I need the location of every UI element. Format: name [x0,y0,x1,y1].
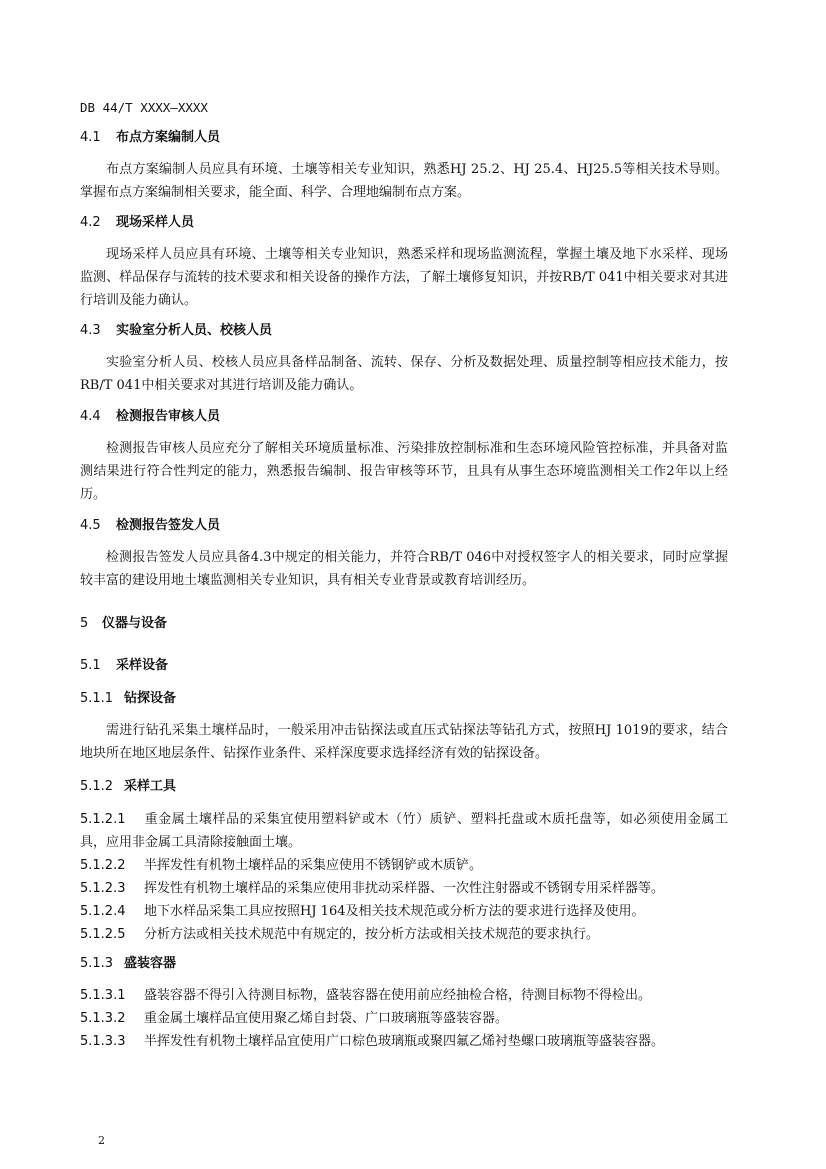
item-number: 5.1.3.3 [80,1030,144,1053]
paragraph-4-1: 布点方案编制人员应具有环境、土壤等相关专业知识，熟悉HJ 25.2、HJ 25.… [80,158,728,204]
document-page: DB 44/T XXXX—XXXX 4.1布点方案编制人员 布点方案编制人员应具… [0,0,826,1169]
list-item: 5.1.3.1盛装容器不得引入待测目标物，盛装容器在使用前应经抽检合格，待测目标… [80,984,728,1007]
item-number: 5.1.2.3 [80,877,144,900]
heading-5: 5仪器与设备 [80,615,728,633]
item-text: 重金属土壤样品的采集宜使用塑料铲或木（竹）质铲、塑料托盘或木质托盘等，如必须使用… [80,812,728,850]
heading-5-1: 5.1采样设备 [80,657,728,675]
heading-title: 采样工具 [124,779,176,794]
heading-title: 盛装容器 [124,956,176,971]
item-number: 5.1.2.1 [80,808,144,831]
heading-4-4: 4.4检测报告审核人员 [80,408,728,426]
heading-title: 检测报告签发人员 [116,518,220,533]
paragraph-4-4: 检测报告审核人员应充分了解相关环境质量标准、污染排放控制标准和生态环境风险管控标… [80,437,728,506]
list-item: 5.1.2.4地下水样品采集工具应按照HJ 164及相关技术规范或分析方法的要求… [80,900,728,923]
heading-number: 4.4 [80,408,116,426]
heading-title: 采样设备 [116,658,168,673]
list-item: 5.1.2.1重金属土壤样品的采集宜使用塑料铲或木（竹）质铲、塑料托盘或木质托盘… [80,808,728,854]
item-text: 重金属土壤样品宜使用聚乙烯自封袋、广口玻璃瓶等盛装容器。 [144,1011,508,1026]
heading-5-1-3: 5.1.3盛装容器 [80,955,728,973]
heading-number: 4.1 [80,129,116,147]
list-item: 5.1.3.2重金属土壤样品宜使用聚乙烯自封袋、广口玻璃瓶等盛装容器。 [80,1007,728,1030]
item-text: 盛装容器不得引入待测目标物，盛装容器在使用前应经抽检合格，待测目标物不得检出。 [144,988,651,1003]
heading-number: 4.5 [80,517,116,535]
item-text: 半挥发性有机物土壤样品的采集应使用不锈钢铲或木质铲。 [144,858,482,873]
paragraph-5-1-1: 需进行钻孔采集土壤样品时，一般采用冲击钻探法或直压式钻探法等钻孔方式，按照HJ … [80,719,728,765]
item-text: 地下水样品采集工具应按照HJ 164及相关技术规范或分析方法的要求进行选择及使用… [144,904,645,919]
heading-4-5: 4.5检测报告签发人员 [80,517,728,535]
document-header: DB 44/T XXXX—XXXX [80,100,728,116]
heading-title: 仪器与设备 [102,616,167,631]
heading-4-1: 4.1布点方案编制人员 [80,129,728,147]
heading-5-1-1: 5.1.1钻探设备 [80,690,728,708]
heading-number: 5.1.2 [80,778,124,796]
item-number: 5.1.3.1 [80,984,144,1007]
item-number: 5.1.2.4 [80,900,144,923]
heading-title: 实验室分析人员、校核人员 [116,323,272,338]
list-item: 5.1.2.5分析方法或相关技术规范中有规定的，按分析方法或相关技术规范的要求执… [80,923,728,946]
item-number: 5.1.3.2 [80,1007,144,1030]
heading-title: 钻探设备 [124,691,176,706]
heading-title: 现场采样人员 [116,215,194,230]
paragraph-4-3: 实验室分析人员、校核人员应具备样品制备、流转、保存、分析及数据处理、质量控制等相… [80,351,728,397]
paragraph-4-5: 检测报告签发人员应具备4.3中规定的相关能力，并符合RB/T 046中对授权签字… [80,546,728,592]
heading-number: 5 [80,615,102,633]
list-item: 5.1.3.3半挥发性有机物土壤样品宜使用广口棕色玻璃瓶或聚四氟乙烯衬垫螺口玻璃… [80,1030,728,1053]
heading-number: 5.1 [80,657,116,675]
item-text: 分析方法或相关技术规范中有规定的，按分析方法或相关技术规范的要求执行。 [144,927,599,942]
heading-4-3: 4.3实验室分析人员、校核人员 [80,322,728,340]
heading-title: 布点方案编制人员 [116,130,220,145]
heading-number: 5.1.3 [80,955,124,973]
heading-number: 4.3 [80,322,116,340]
heading-number: 5.1.1 [80,690,124,708]
item-text: 挥发性有机物土壤样品的采集应使用非扰动采样器、一次性注射器或不锈钢专用采样器等。 [144,881,664,896]
list-item: 5.1.2.2半挥发性有机物土壤样品的采集应使用不锈钢铲或木质铲。 [80,854,728,877]
list-item: 5.1.2.3挥发性有机物土壤样品的采集应使用非扰动采样器、一次性注射器或不锈钢… [80,877,728,900]
item-text: 半挥发性有机物土壤样品宜使用广口棕色玻璃瓶或聚四氟乙烯衬垫螺口玻璃瓶等盛装容器。 [144,1034,664,1049]
heading-title: 检测报告审核人员 [116,409,220,424]
heading-4-2: 4.2现场采样人员 [80,214,728,232]
heading-number: 4.2 [80,214,116,232]
list-5-1-2: 5.1.2.1重金属土壤样品的采集宜使用塑料铲或木（竹）质铲、塑料托盘或木质托盘… [80,808,728,946]
heading-5-1-2: 5.1.2采样工具 [80,778,728,796]
paragraph-4-2: 现场采样人员应具有环境、土壤等相关专业知识，熟悉采样和现场监测流程，掌握土壤及地… [80,243,728,312]
item-number: 5.1.2.5 [80,923,144,946]
list-5-1-3: 5.1.3.1盛装容器不得引入待测目标物，盛装容器在使用前应经抽检合格，待测目标… [80,984,728,1053]
item-number: 5.1.2.2 [80,854,144,877]
page-number: 2 [98,1134,105,1147]
